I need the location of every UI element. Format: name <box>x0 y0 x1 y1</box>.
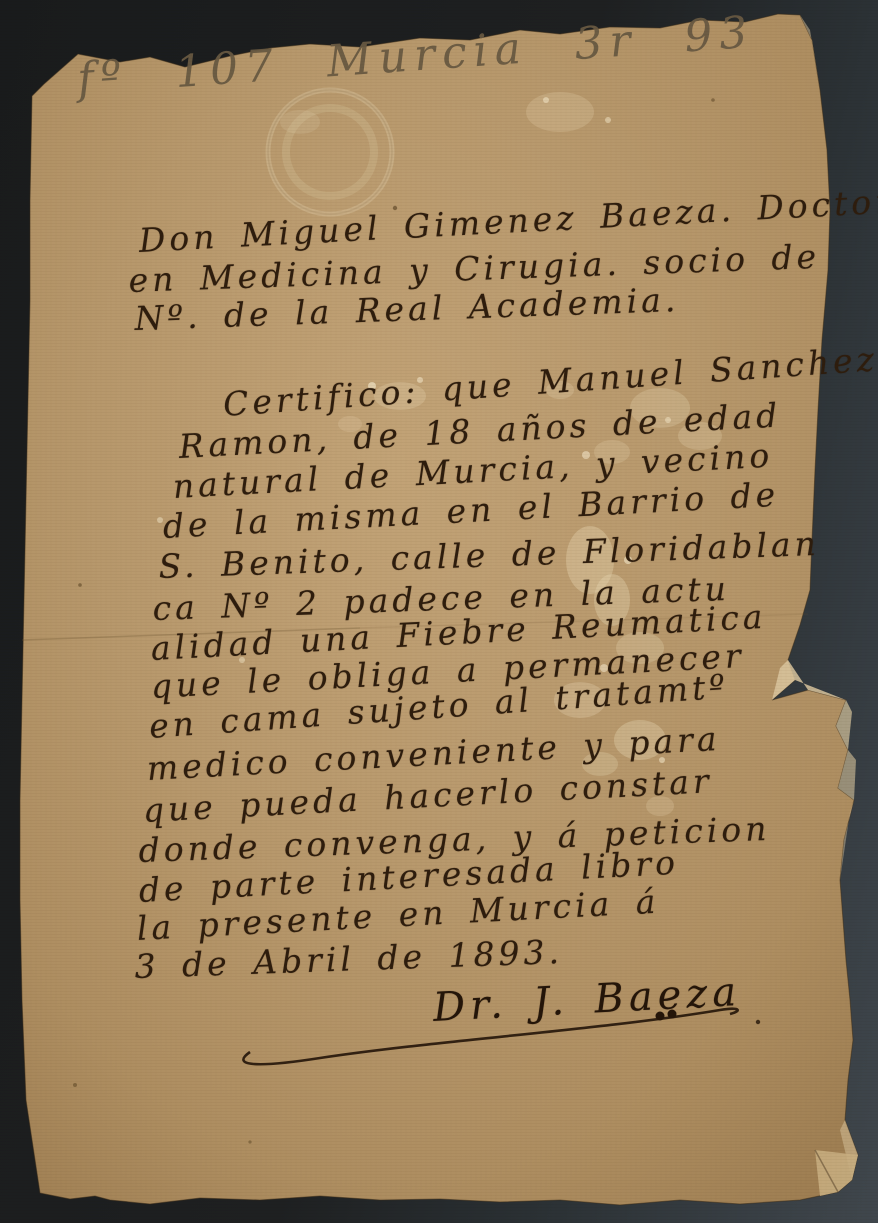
scanned-document: fº 107 Murcia 3r 93 Don Miguel Gimenez B… <box>0 0 878 1223</box>
folded-corner <box>815 1150 858 1196</box>
